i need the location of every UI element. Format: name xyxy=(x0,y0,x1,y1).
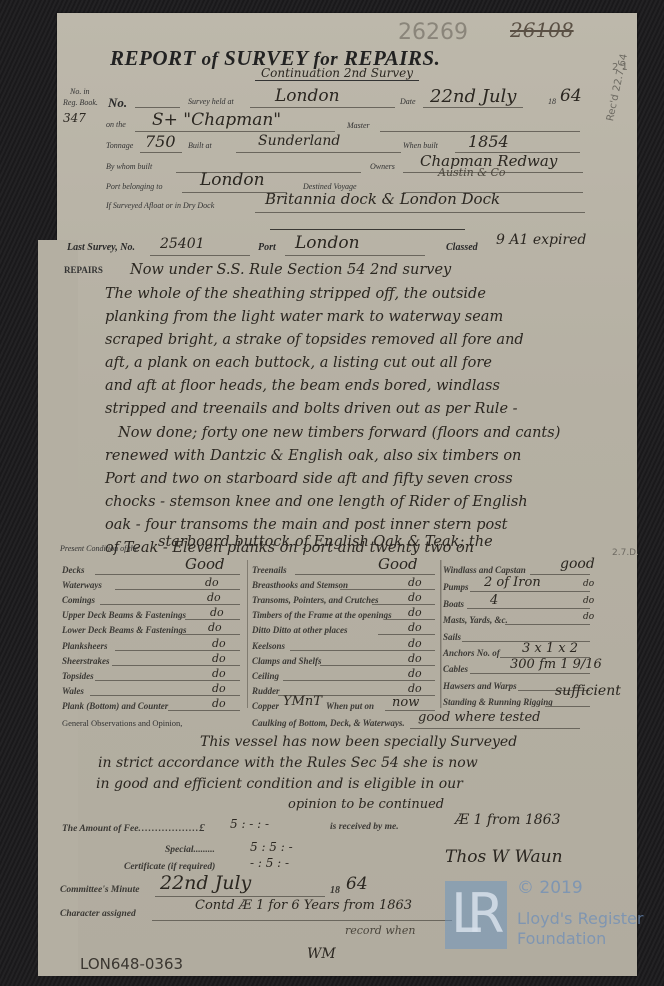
repairs-line-3: planking from the light water mark to wa… xyxy=(105,309,503,325)
condition-value: Good xyxy=(378,555,418,573)
received-label: is received by me. xyxy=(330,822,399,832)
repairs-margin-note: 2.7.D. xyxy=(612,548,639,558)
ship-name: S+ "Chapman" xyxy=(152,110,281,130)
condition-value: sufficient xyxy=(555,683,621,699)
condition-value: do xyxy=(208,621,222,634)
certificate-label: Certificate (if required) xyxy=(124,862,215,872)
surveyed-afloat-label: If Surveyed Afloat or in Dry Dock xyxy=(106,201,214,210)
fee-amount-value: 5 : - : - xyxy=(230,817,269,831)
fee-amount-label: The Amount of Fee..................£ xyxy=(62,822,205,834)
condition-value: 3 x 1 x 2 xyxy=(522,641,578,656)
initials: WM xyxy=(307,946,336,962)
watermark-copyright: © 2019 xyxy=(517,878,583,898)
logo-letter-r: R xyxy=(467,887,505,941)
general-observations-label: General Observations and Opinion, xyxy=(62,718,182,728)
repairs-line-8: Now done; forty one new timbers forward … xyxy=(118,425,560,441)
condition-label: Ceiling xyxy=(252,671,279,681)
built-at-label: Built at xyxy=(188,141,212,150)
condition-label: Planksheers xyxy=(62,641,108,651)
condition-value: Good xyxy=(185,555,225,573)
reg-book-label-1: No. in xyxy=(70,87,90,96)
tonnage-label: Tonnage xyxy=(106,141,133,150)
condition-value: do xyxy=(212,652,226,665)
classed-value: 9 A1 expired xyxy=(496,232,586,248)
owners-value-2: Austin & Co xyxy=(438,166,506,179)
condition-value: do xyxy=(408,667,422,680)
repairs-line-12: oak - four transoms the main and post in… xyxy=(105,517,508,533)
repairs-line-2: The whole of the sheathing stripped off,… xyxy=(105,286,486,302)
repairs-line-10: Port and two on starboard side aft and f… xyxy=(105,471,513,487)
caulking-label: Caulking of Bottom, Deck, & Waterways. xyxy=(252,718,405,728)
condition-label: Sails xyxy=(443,632,461,642)
survey-held-value: London xyxy=(275,86,340,106)
condition-label: Plank (Bottom) and Counter xyxy=(62,701,168,711)
repairs-line-1: Now under S.S. Rule Section 54 2nd surve… xyxy=(130,262,451,278)
condition-label: Lower Deck Beams & Fastenings xyxy=(62,625,187,635)
condition-value-ditto: do xyxy=(583,579,594,589)
date-value: 22nd July xyxy=(430,86,516,107)
condition-label: Breasthooks and Stemson xyxy=(252,580,348,590)
present-condition-label: Present Condition of the xyxy=(60,544,138,553)
condition-label: Cables xyxy=(443,664,468,674)
port-label: Port xyxy=(258,242,276,253)
date-label: Date xyxy=(400,97,416,106)
currency-symbol: £ xyxy=(199,822,205,834)
condition-value: do xyxy=(408,576,422,589)
condition-label: Hawsers and Warps xyxy=(443,681,517,691)
record-note: record when xyxy=(345,924,415,937)
opinion-line-2: in strict accordance with the Rules Sec … xyxy=(98,755,478,771)
condition-label: Waterways xyxy=(62,580,102,590)
condition-value: 2 of Iron xyxy=(484,575,541,590)
condition-label: Masts, Yards, &c. xyxy=(443,615,508,625)
condition-label: Timbers of the Frame at the openings xyxy=(252,610,392,620)
special-fee-label: Special......... xyxy=(165,845,215,855)
repairs-line-5: aft, a plank on each buttock, a listing … xyxy=(105,355,492,371)
year-value: 64 xyxy=(560,86,582,106)
condition-value: do xyxy=(408,606,422,619)
opinion-line-4: opinion to be continued xyxy=(288,797,444,812)
condition-label: Keelsons xyxy=(252,641,285,651)
repairs-line-7: stripped and treenails and bolts driven … xyxy=(105,401,518,417)
on-the-label: on the xyxy=(106,120,126,129)
condition-value: 300 fm 1 9/16 xyxy=(510,657,602,672)
condition-label: Standing & Running Rigging xyxy=(443,697,553,707)
document-reference: LON648-0363 xyxy=(80,955,183,973)
condition-label: Upper Deck Beams & Fastenings xyxy=(62,610,186,620)
certificate-value: - : 5 : - xyxy=(250,856,289,870)
condition-value: do xyxy=(212,682,226,695)
committee-year-prefix: 18 xyxy=(330,885,340,896)
condition-label: Rudder xyxy=(252,686,280,696)
lloyds-register-logo: L R xyxy=(445,881,507,949)
condition-value: do xyxy=(408,637,422,650)
surveyed-afloat-value: Britannia dock & London Dock xyxy=(265,190,500,208)
repairs-line-14: starboard buttock of English Oak & Teak;… xyxy=(158,534,493,550)
watermark-line-2: Foundation xyxy=(517,929,606,948)
special-text: Special xyxy=(165,845,194,855)
committee-minute-label: Committee's Minute xyxy=(60,885,139,895)
condition-value: do xyxy=(408,682,422,695)
class-note: Æ 1 from 1863 xyxy=(455,812,560,828)
special-fee-value: 5 : 5 : - xyxy=(250,840,293,854)
watermark-line-1: Lloyd's Register xyxy=(517,909,643,928)
repairs-line-11: chocks - stemson knee and one length of … xyxy=(105,494,528,510)
condition-label: Windlass and Capstan xyxy=(443,565,526,575)
condition-value: YMnT xyxy=(283,694,322,709)
condition-label: Sheerstrakes xyxy=(62,656,110,666)
condition-label: Topsides xyxy=(62,671,94,681)
condition-value: do xyxy=(205,576,219,589)
archive-number-crossed: 26108 xyxy=(510,18,574,42)
condition-label: Treenails xyxy=(252,565,287,575)
repairs-line-9: renewed with Dantzic & English oak, also… xyxy=(105,448,521,464)
condition-value: 4 xyxy=(490,593,498,608)
condition-label: Anchors No. of xyxy=(443,648,500,658)
tonnage-value: 750 xyxy=(145,132,176,151)
condition-label: Pumps xyxy=(443,582,469,592)
master-label: Master xyxy=(347,121,370,130)
port-belonging-value: London xyxy=(200,170,265,190)
when-built-value: 1854 xyxy=(468,132,509,151)
survey-held-label: Survey held at xyxy=(188,97,234,106)
repairs-label: REPAIRS xyxy=(64,265,103,275)
condition-label: Transoms, Pointers, and Crutches xyxy=(252,595,378,605)
condition-value: do xyxy=(207,591,221,604)
condition-label: Clamps and Shelfs xyxy=(252,656,322,666)
condition-value-ditto: do xyxy=(583,612,594,622)
port-belonging-label: Port belonging to xyxy=(106,182,162,191)
title-report: REPORT xyxy=(110,46,196,70)
committee-year-value: 64 xyxy=(346,874,368,894)
condition-label: Wales xyxy=(62,686,84,696)
by-whom-built-label: By whom built xyxy=(106,162,152,171)
condition-value: good xyxy=(560,556,595,572)
fee-amount-text: The Amount of Fee xyxy=(62,824,138,834)
committee-minute-value: 22nd July xyxy=(160,872,251,894)
built-at-value: Sunderland xyxy=(258,133,340,149)
owners-label: Owners xyxy=(370,162,395,171)
when-built-label: When built xyxy=(403,141,438,150)
opinion-line-3: in good and efficient condition and is e… xyxy=(96,776,463,792)
subtitle: Continuation 2nd Survey xyxy=(255,66,419,81)
character-assigned-label: Character assigned xyxy=(60,909,136,919)
year-prefix: 18 xyxy=(548,97,556,106)
condition-value-ditto: do xyxy=(583,596,594,606)
condition-value: do xyxy=(408,591,422,604)
no-label: No. xyxy=(108,95,127,111)
condition-value: do xyxy=(212,697,226,710)
condition-value: do xyxy=(408,621,422,634)
last-survey-label: Last Survey, No. xyxy=(67,242,135,253)
archive-number: 26269 xyxy=(398,20,468,45)
paper-edge xyxy=(38,240,78,976)
reg-book-label-2: Reg. Book. xyxy=(63,98,98,107)
condition-value: do xyxy=(212,667,226,680)
condition-value: do xyxy=(212,637,226,650)
condition-label: Ditto Ditto at other places xyxy=(252,625,348,635)
caulking-value: good where tested xyxy=(418,710,541,725)
repairs-line-6: and aft at floor heads, the beam ends bo… xyxy=(105,378,500,394)
last-survey-value: 25401 xyxy=(160,236,205,252)
signature: Thos W Waun xyxy=(445,847,563,867)
opinion-line-1: This vessel has now been specially Surve… xyxy=(200,734,517,750)
condition-value: do xyxy=(408,652,422,665)
reg-book-value: 347 xyxy=(63,111,86,125)
condition-label: Decks xyxy=(62,565,85,575)
character-assigned-value: Contd Æ 1 for 6 Years from 1863 xyxy=(195,898,412,913)
condition-label: Copper xyxy=(252,701,279,711)
port-value: London xyxy=(295,233,360,253)
condition-label: Comings xyxy=(62,595,95,605)
condition-value: do xyxy=(210,606,224,619)
condition-label: When put on xyxy=(326,701,374,711)
condition-value: now xyxy=(392,695,419,710)
classed-label: Classed xyxy=(446,242,478,253)
title-of: of xyxy=(202,49,219,70)
condition-label: Boats xyxy=(443,599,464,609)
repairs-line-4: scraped bright, a strake of topsides rem… xyxy=(105,332,524,348)
